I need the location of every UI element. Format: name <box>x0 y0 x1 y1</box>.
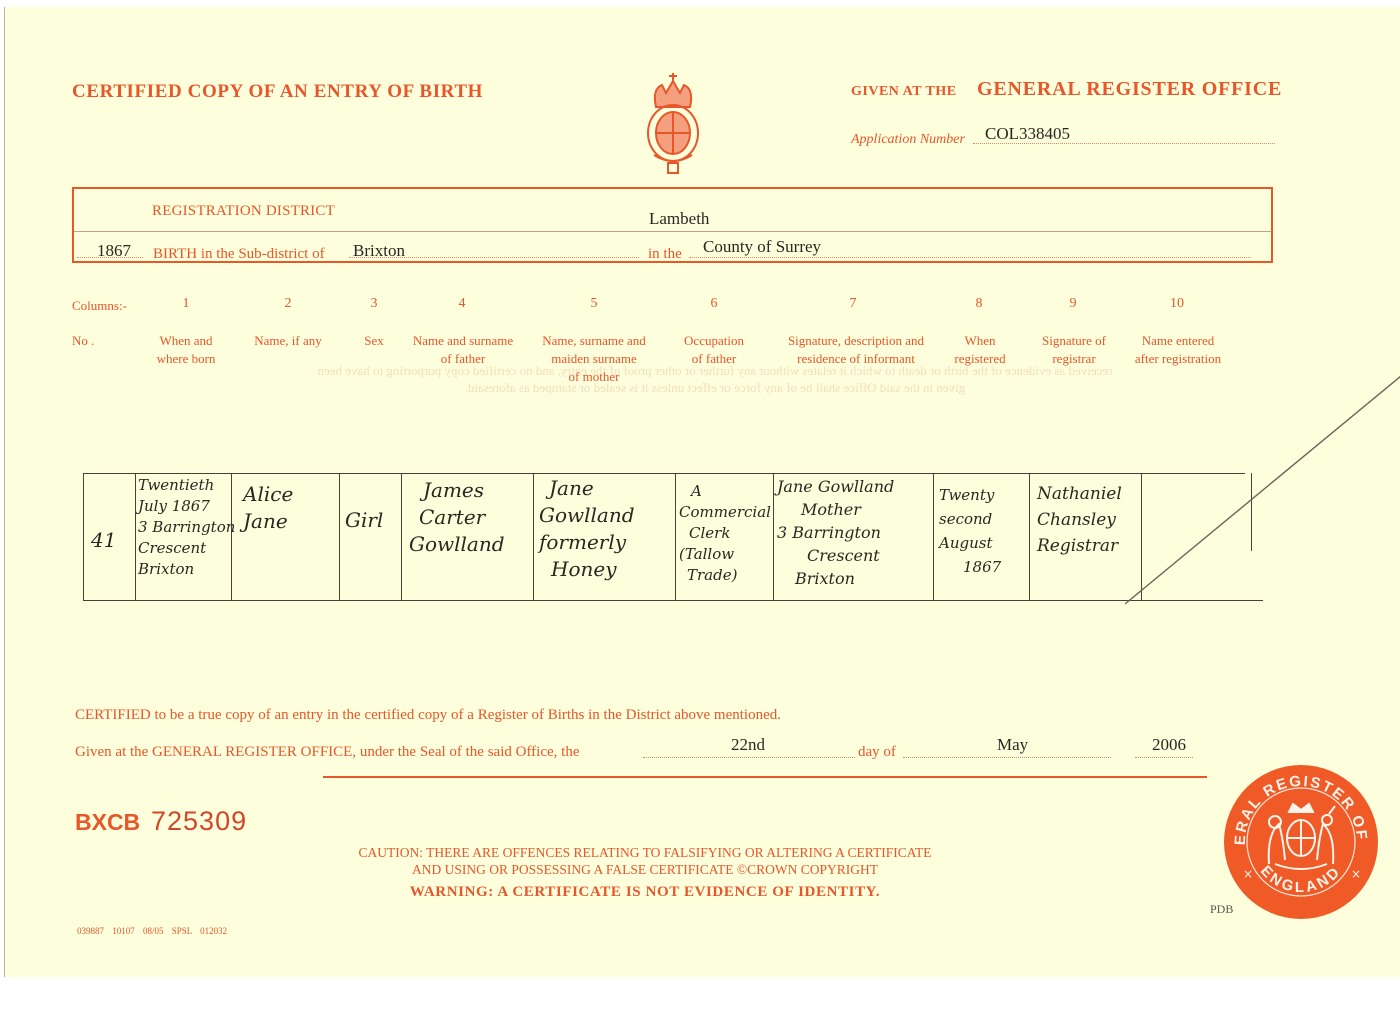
caution-line: AND USING OR POSSESSING A FALSE CERTIFIC… <box>323 861 967 878</box>
entry-registrar: Nathaniel Chansley Registrar <box>1037 481 1122 559</box>
column-heading-sex: Sex <box>344 332 404 350</box>
subdistrict-label: BIRTH in the Sub-district of <box>153 246 325 263</box>
heading-line: Name, if any <box>238 332 338 350</box>
heading-line: Signature, description and <box>773 332 939 350</box>
day-of-label: day of <box>858 744 896 761</box>
column-number-10: 10 <box>1157 296 1197 312</box>
heading-line: where born <box>136 350 236 368</box>
no-column-label: No . <box>72 333 94 349</box>
handwritten-line: Clerk <box>679 523 771 544</box>
serial-prefix: BXCB <box>75 809 140 836</box>
certificate-title: CERTIFIED COPY OF AN ENTRY OF BIRTH <box>72 81 483 103</box>
cancellation-diagonal-line <box>1125 372 1400 612</box>
subdistrict-value: Brixton <box>353 241 405 261</box>
registration-district-value: Lambeth <box>649 209 709 229</box>
county-value: County of Surrey <box>703 237 821 257</box>
handwritten-line: Twenty <box>939 483 1001 507</box>
handwritten-line: Mother <box>777 498 894 521</box>
heading-line: Name, surname and <box>531 332 657 350</box>
heading-line: Sex <box>344 332 404 350</box>
heading-line: When <box>944 332 1016 350</box>
entry-sex: Girl <box>345 507 383 534</box>
in-the-label: in the <box>648 246 682 263</box>
heading-line: Occupation <box>669 332 759 350</box>
handwritten-line: Jane Gowlland <box>777 475 894 498</box>
column-heading-name-after-registration: Name entered after registration <box>1120 332 1236 368</box>
column-number-8: 8 <box>959 296 999 312</box>
given-at-label: GIVEN AT THE <box>851 84 957 100</box>
serial-number: 725309 <box>151 806 247 837</box>
entry-father: James Carter Gowlland <box>409 477 505 558</box>
handwritten-line: (Tallow <box>679 544 771 565</box>
handwritten-line: Jane <box>243 508 293 535</box>
entry-when-where-born: Twentieth July 1867 3 Barrington Crescen… <box>138 475 235 580</box>
entry-occupation: A Commercial Clerk (Tallow Trade) <box>679 481 771 586</box>
heading-line: after registration <box>1120 350 1236 368</box>
handwritten-line: Crescent <box>777 544 894 567</box>
given-at-statement: Given at the GENERAL REGISTER OFFICE, un… <box>75 744 580 761</box>
column-number-2: 2 <box>268 296 308 312</box>
signature-rule <box>323 776 1207 778</box>
registration-year: 1867 <box>97 241 131 261</box>
handwritten-line: 3 Barrington <box>777 521 894 544</box>
handwritten-line: Registrar <box>1037 533 1122 559</box>
handwritten-line: July 1867 <box>138 496 235 517</box>
column-number-3: 3 <box>354 296 394 312</box>
svg-text:×: × <box>1351 867 1361 881</box>
handwritten-line: A <box>679 481 771 502</box>
certification-day: 22nd <box>731 735 765 755</box>
handwritten-line: Gowlland <box>539 502 635 529</box>
handwritten-line: 1867 <box>939 555 1001 579</box>
column-number-7: 7 <box>833 296 873 312</box>
application-number-label: Application Number <box>851 132 965 148</box>
entry-informant: Jane Gowlland Mother 3 Barrington Cresce… <box>777 475 894 590</box>
column-number-6: 6 <box>694 296 734 312</box>
entry-number: 41 <box>91 527 116 554</box>
handwritten-line: Brixton <box>138 559 235 580</box>
handwritten-line: Nathaniel <box>1037 481 1122 507</box>
handwritten-line: Jane <box>539 475 635 502</box>
handwritten-line: Crescent <box>138 538 235 559</box>
handwritten-line: Carter <box>409 504 505 531</box>
handwritten-line: Chansley <box>1037 507 1122 533</box>
column-number-1: 1 <box>166 296 206 312</box>
register-entry-row: 41 Twentieth July 1867 3 Barrington Cres… <box>83 473 1253 601</box>
handwritten-line: Brixton <box>777 567 894 590</box>
handwritten-line: August <box>939 531 1001 555</box>
certification-month: May <box>997 735 1028 755</box>
svg-text:×: × <box>1243 867 1253 881</box>
entry-mother: Jane Gowlland formerly Honey <box>539 475 635 583</box>
heading-line: Name and surname <box>403 332 523 350</box>
caution-notice: CAUTION: THERE ARE OFFENCES RELATING TO … <box>323 844 967 878</box>
general-register-office-seal-icon: GENERAL REGISTER OFFICE ENGLAND × × <box>1223 764 1379 920</box>
certification-year: 2006 <box>1152 735 1186 755</box>
identity-warning: WARNING: A CERTIFICATE IS NOT EVIDENCE O… <box>323 884 967 901</box>
handwritten-line: Alice <box>243 481 293 508</box>
show-through-text: received as evidence of the birth or dea… <box>305 362 1125 396</box>
handwritten-line: Honey <box>539 556 635 583</box>
application-number: COL338405 <box>985 124 1070 144</box>
office-name: GENERAL REGISTER OFFICE <box>977 78 1282 101</box>
royal-coat-of-arms-icon <box>642 71 704 177</box>
column-number-4: 4 <box>442 296 482 312</box>
column-heading-when-where-born: When and where born <box>136 332 236 368</box>
handwritten-line: Twentieth <box>138 475 235 496</box>
handwritten-line: formerly <box>539 529 635 556</box>
column-heading-name: Name, if any <box>238 332 338 350</box>
handwritten-line: Commercial <box>679 502 771 523</box>
certificate-paper: CERTIFIED COPY OF AN ENTRY OF BIRTH GIVE… <box>4 7 1400 977</box>
handwritten-line: second <box>939 507 1001 531</box>
handwritten-line: James <box>409 477 505 504</box>
entry-name: Alice Jane <box>243 481 293 535</box>
handwritten-line: 3 Barrington <box>138 517 235 538</box>
handwritten-line: Gowlland <box>409 531 505 558</box>
print-code: 039887 10107 08/05 SPSL 012032 <box>77 926 227 936</box>
heading-line: Signature of <box>1028 332 1120 350</box>
heading-line: When and <box>136 332 236 350</box>
heading-line: Name entered <box>1120 332 1236 350</box>
certified-statement: CERTIFIED to be a true copy of an entry … <box>75 707 781 724</box>
column-number-9: 9 <box>1053 296 1093 312</box>
handwritten-line: Trade) <box>679 565 771 586</box>
caution-line: CAUTION: THERE ARE OFFENCES RELATING TO … <box>323 844 967 861</box>
column-number-5: 5 <box>574 296 614 312</box>
columns-label: Columns:- <box>72 298 127 314</box>
entry-when-registered: Twenty second August 1867 <box>939 483 1001 579</box>
registration-district-label: REGISTRATION DISTRICT <box>152 203 335 220</box>
